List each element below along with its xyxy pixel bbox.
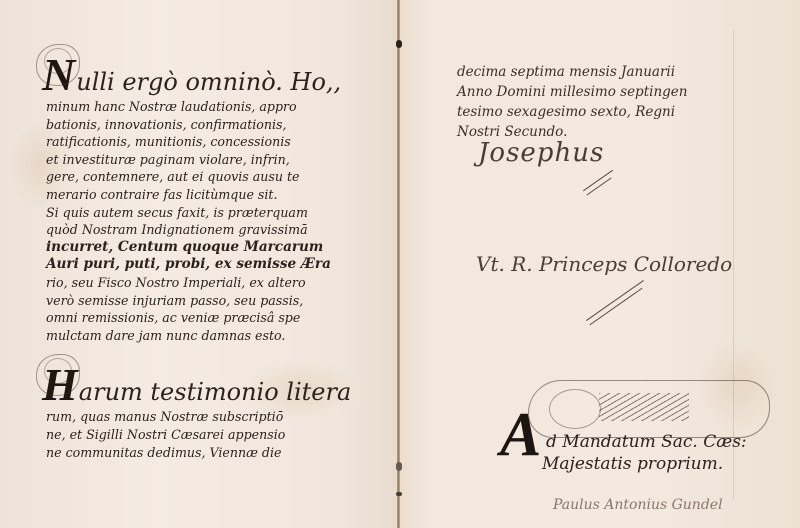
text-line: ne communitas dedimus, Viennæ die — [42, 444, 362, 462]
binding-thread-hole — [396, 40, 402, 48]
illuminated-initial-a: A — [500, 404, 541, 466]
section-heading-nulli: N ulli ergò omninò. Ho,, — [42, 52, 362, 98]
text-line: Anno Domini millesimo septingen — [457, 82, 767, 102]
text-line: Si quis autem secus faxit, is præterquam — [42, 204, 362, 222]
binding-thread-hole — [396, 462, 402, 471]
text-line: gere, contemnere, aut ei quovis ausu te — [42, 168, 362, 186]
text-line: decima septima mensis Januarii — [457, 62, 767, 82]
text-line: ne, et Sigilli Nostri Cæsarei appensio — [42, 426, 362, 444]
left-page: N ulli ergò omninò. Ho,, minum hanc Nost… — [0, 0, 397, 528]
section-heading-harum: H arum testimonio litera — [42, 362, 362, 408]
open-manuscript-volume: N ulli ergò omninò. Ho,, minum hanc Nost… — [0, 0, 800, 528]
text-line: rum, quas manus Nostræ subscriptiō — [42, 408, 362, 426]
charter-text-left: N ulli ergò omninò. Ho,, minum hanc Nost… — [42, 52, 362, 461]
dating-clause: decima septima mensis Januarii Anno Domi… — [457, 62, 767, 142]
text-line: quòd Nostram Indignationem gravissimā — [42, 221, 362, 239]
text-line: rio, seu Fisco Nostro Imperiali, ex alte… — [42, 274, 362, 292]
text-line-emphasized: incurret, Centum quoque Marcarum — [42, 239, 362, 257]
text-line: omni remissionis, ac veniæ præcisâ spe — [42, 309, 362, 327]
section-gap — [42, 344, 362, 360]
illuminated-initial-n: N — [42, 52, 75, 98]
binding-thread-hole — [396, 492, 402, 496]
text-line: merario contraire fas licitùmque sit. — [42, 186, 362, 204]
countersignature: Paulus Antonius Gundel — [553, 497, 723, 513]
mandate-line: d Mandatum Sac. Cæs: — [546, 432, 747, 452]
text-line: verò semisse injuriam passo, seu passis, — [42, 292, 362, 310]
calligraphic-ornament — [528, 380, 770, 438]
text-line: bationis, innovationis, confirmationis, — [42, 116, 362, 134]
signature-josephus: Josephus — [478, 138, 604, 168]
illuminated-initial-h: H — [42, 362, 78, 408]
heading-text: arum testimonio litera — [79, 376, 352, 408]
text-line: et investituræ paginam violare, infrin, — [42, 151, 362, 169]
mandate-line: Majestatis proprium. — [542, 454, 723, 474]
text-line: ratificationis, munitionis, concessionis — [42, 133, 362, 151]
text-line: mulctam dare jam nunc damnas esto. — [42, 327, 362, 345]
text-line-emphasized: Auri puri, puti, probi, ex semisse Æra — [42, 256, 362, 274]
text-line: minum hanc Nostræ laudationis, appro — [42, 98, 362, 116]
book-gutter — [397, 0, 400, 528]
text-line: tesimo sexagesimo sexto, Regni — [457, 102, 767, 122]
heading-text: ulli ergò omninò. Ho,, — [76, 66, 341, 98]
signature-colloredo: Vt. R. Princeps Colloredo — [476, 252, 732, 276]
